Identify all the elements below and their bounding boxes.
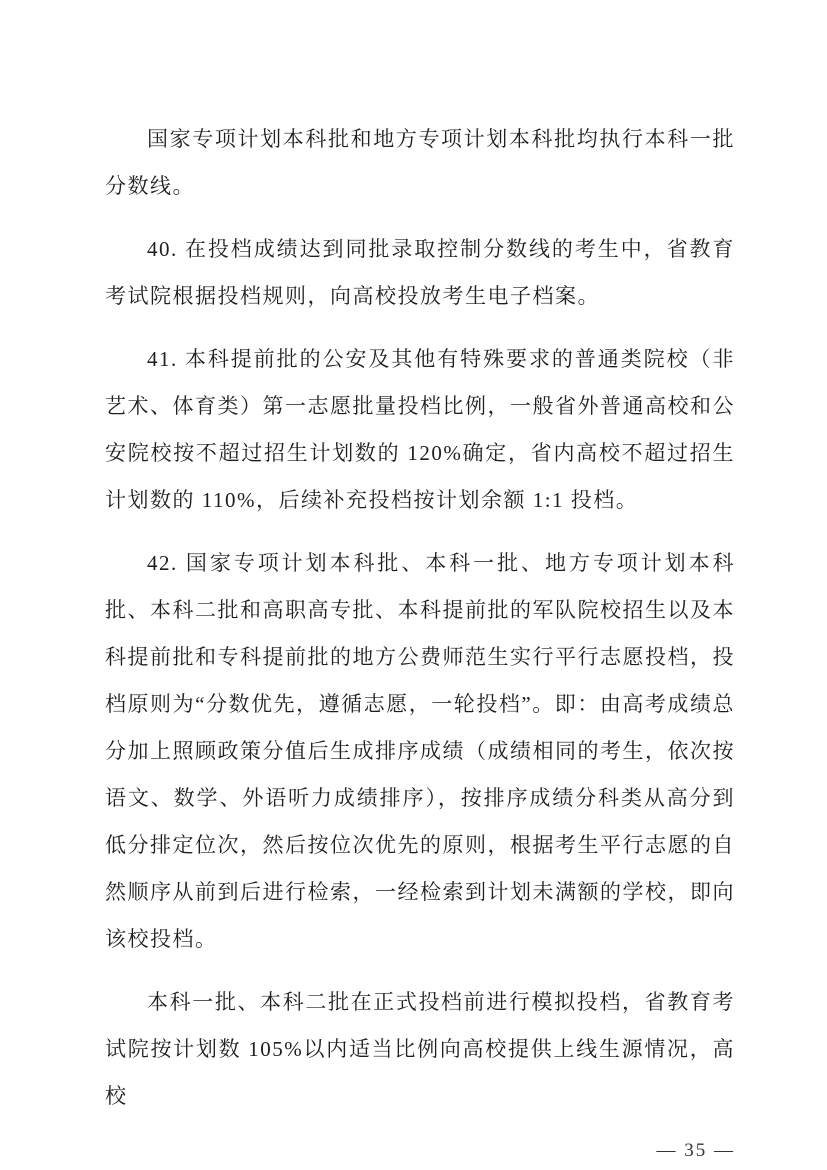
paragraph-item-40: 40. 在投档成绩达到同批录取控制分数线的考生中，省教育考试院根据投档规则，向高…: [105, 226, 735, 320]
paragraph-item-42: 42. 国家专项计划本科批、本科一批、地方专项计划本科批、本科二批和高职高专批、…: [105, 540, 735, 963]
paragraph-intro: 国家专项计划本科批和地方专项计划本科批均执行本科一批分数线。: [105, 116, 735, 210]
paragraph-item-41: 41. 本科提前批的公安及其他有特殊要求的普通类院校（非艺术、体育类）第一志愿批…: [105, 336, 735, 524]
paragraph-simulated-dispatch: 本科一批、本科二批在正式投档前进行模拟投档，省教育考试院按计划数 105%以内适…: [105, 979, 735, 1120]
page-number: — 35 —: [105, 1136, 735, 1166]
document-page: 国家专项计划本科批和地方专项计划本科批均执行本科一批分数线。 40. 在投档成绩…: [0, 0, 827, 1170]
document-body: 国家专项计划本科批和地方专项计划本科批均执行本科一批分数线。 40. 在投档成绩…: [105, 116, 735, 1120]
